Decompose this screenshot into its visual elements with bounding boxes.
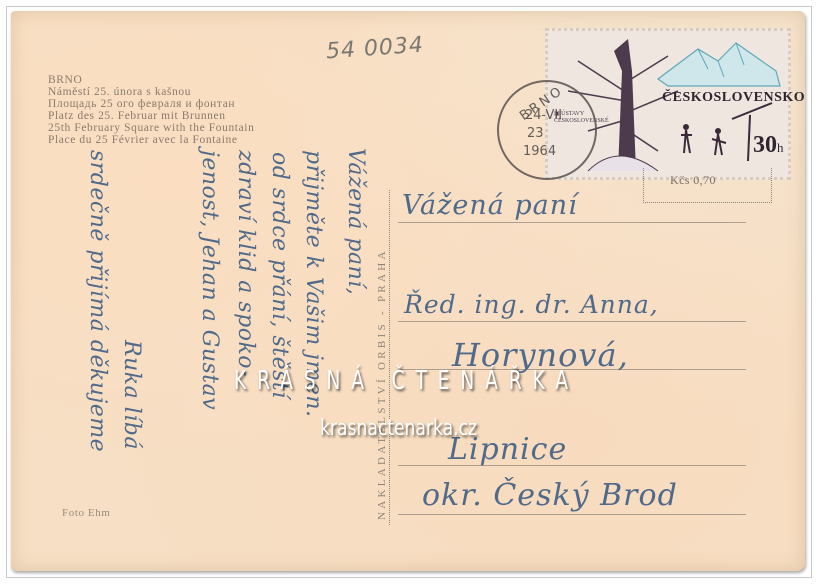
caption-line-fr: Place du 25 Février avec la Fontaine [48, 134, 254, 146]
caption-line-en: 25th February Square with the Fountain [48, 122, 254, 134]
message-line: Ruka líbá [115, 340, 148, 450]
address-rule [398, 222, 746, 223]
postmark: BRNO 24-VII 23 1964 [497, 80, 597, 180]
message-line: zdraví klid a spoko- [229, 150, 262, 377]
postmark-hour: 23 [527, 126, 544, 141]
address-rule [398, 514, 746, 515]
photo-credit: Foto Ehm [62, 507, 111, 519]
caption-city: BRNO [48, 74, 254, 86]
message-line: Vážená paní, [339, 148, 372, 295]
postage-note: Kčs 0,70 [670, 173, 716, 188]
stamp-country: ČESKOSLOVENSKO [662, 90, 805, 106]
address-line: okr. Český Brod [422, 478, 678, 513]
watermark-title: KRÁSNÁ ČTENÁŘKA [234, 366, 579, 396]
stamp-value-unit: h [777, 140, 784, 155]
watermark-url: krasnactenarka.cz [320, 416, 477, 441]
caption-line-de: Platz des 25. Februar mit Brunnen [48, 110, 254, 122]
message-line: srdečně přijímá děkujeme [81, 150, 114, 452]
postmark-year: 1964 [523, 144, 556, 159]
stamp-value-number: 30 [753, 132, 777, 158]
stamp-value: 30h [753, 132, 784, 159]
divider-line [389, 190, 390, 525]
message-line: od srdce přání, štěstí [263, 152, 296, 399]
address-line: Vážená paní [402, 190, 578, 221]
message-line: jenost, Jehan a Gustav [193, 150, 226, 410]
caption-line-ru: Площадь 25 ого февраля и фонтан [48, 98, 254, 110]
address-rule [398, 321, 746, 322]
address-line: Řed. ing. dr. Anna, [404, 290, 659, 319]
postmark-date: 24-VII [525, 108, 562, 123]
printed-caption: BRNO Náměstí 25. února s kašnou Площадь … [48, 74, 254, 146]
caption-line-cs: Náměstí 25. února s kašnou [48, 86, 254, 98]
postage-box: Kčs 0,70 [643, 168, 772, 203]
